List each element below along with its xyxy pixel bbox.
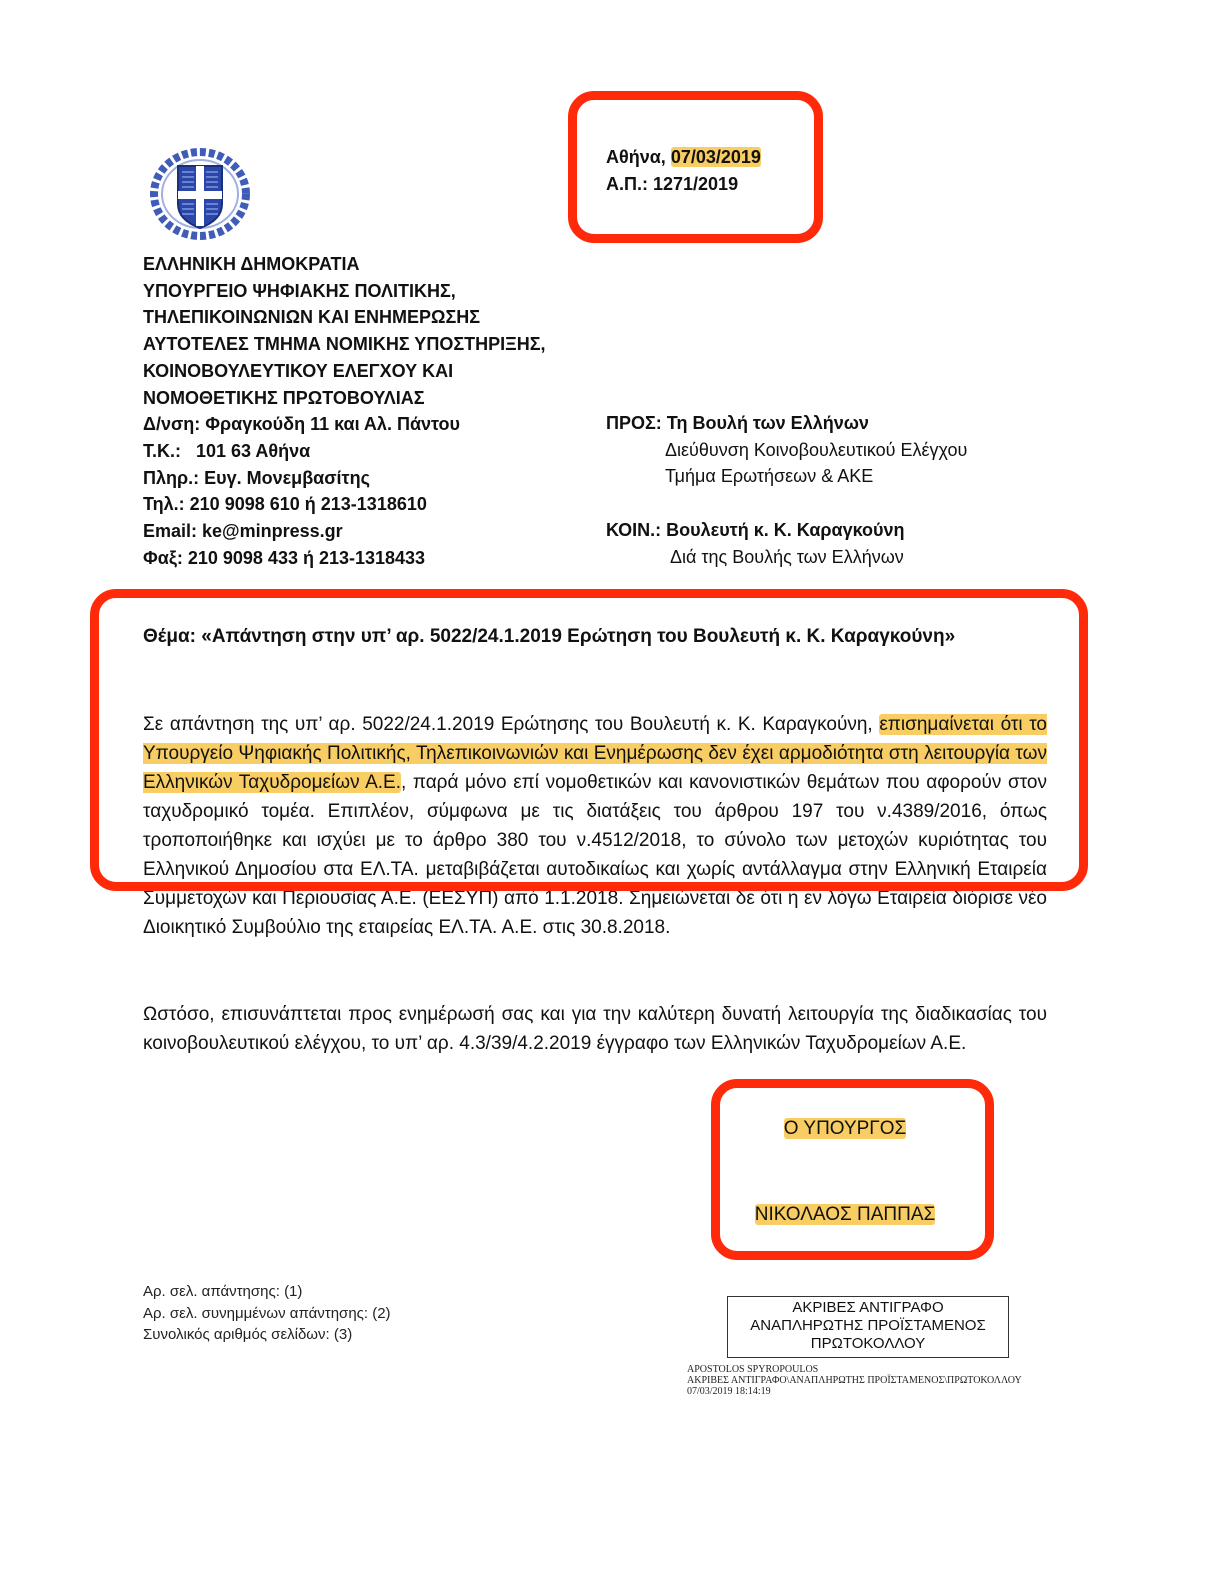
sender-fax: Φαξ: 210 9098 433 ή 213-1318433 [143,545,546,572]
sender-line: ΕΛΛΗΝΙΚΗ ΔΗΜΟΚΡΑΤΙΑ [143,251,546,278]
recipient-cc: ΚΟΙΝ.: Βουλευτή κ. Κ. Καραγκούνη [606,517,967,544]
document-date: 07/03/2019 [671,147,761,167]
digital-signature-meta: APOSTOLOS SPYROPOULOS ΑΚΡΙΒΕΣ ΑΝΤΙΓΡΑΦΟ\… [687,1364,1022,1397]
sender-postal-code: Τ.Κ.: 101 63 Αθήνα [143,438,546,465]
sender-line: ΑΥΤΟΤΕΛΕΣ ΤΜΗΜΑ ΝΟΜΙΚΗΣ ΥΠΟΣΤΗΡΙΞΗΣ, [143,331,546,358]
sender-contact-person: Πληρ.: Ευγ. Μονεμβασίτης [143,465,546,492]
recipient-to-line3: Τμήμα Ερωτήσεων & ΑΚΕ [606,463,967,490]
page-counts: Αρ. σελ. απάντησης: (1) Αρ. σελ. συνημμέ… [143,1281,391,1346]
recipient-to: ΠΡΟΣ: Τη Βουλή των Ελλήνων [606,410,967,437]
certified-copy-stamp: ΑΚΡΙΒΕΣ ΑΝΤΙΓΡΑΦΟ ΑΝΑΠΛΗΡΩΤΗΣ ΠΡΟΪΣΤΑΜΕΝ… [727,1296,1009,1358]
annotation-box-signature [711,1079,994,1260]
sender-email[interactable]: Email: ke@minpress.gr [143,518,546,545]
signature-title: Ο ΥΠΟΥΡΓΟΣ [712,1118,978,1140]
date-block: Αθήνα, 07/03/2019 Α.Π.: 1271/2019 [606,144,761,198]
signer-role: ΑΚΡΙΒΕΣ ΑΝΤΙΓΡΑΦΟ\ΑΝΑΠΛΗΡΩΤΗΣ ΠΡΟΪΣΤΑΜΕΝ… [687,1375,1022,1386]
recipients: ΠΡΟΣ: Τη Βουλή των Ελλήνων Διεύθυνση Κοι… [606,410,967,570]
signer-name: APOSTOLOS SPYROPOULOS [687,1364,1022,1375]
recipient-to-line2: Διεύθυνση Κοινοβουλευτικού Ελέγχου [606,437,967,464]
sender-phone: Τηλ.: 210 9098 610 ή 213-1318610 [143,491,546,518]
signature-name: ΝΙΚΟΛΑΟΣ ΠΑΠΠΑΣ [712,1204,978,1226]
sender-line: ΝΟΜΟΘΕΤΙΚΗΣ ΠΡΩΤΟΒΟΥΛΙΑΣ [143,385,546,412]
sender-address: Δ/νση: Φραγκούδη 11 και Αλ. Πάντου [143,411,546,438]
sender-line: ΥΠΟΥΡΓΕΙΟ ΨΗΦΙΑΚΗΣ ΠΟΛΙΤΙΚΗΣ, [143,278,546,305]
recipient-cc-line2: Διά της Βουλής των Ελλήνων [606,544,967,571]
sender-line: ΚΟΙΝΟΒΟΥΛΕΥΤΙΚΟΥ ΕΛΕΓΧΟΥ ΚΑΙ [143,358,546,385]
signed-timestamp: 07/03/2019 18:14:19 [687,1386,1022,1397]
annotation-box-body [90,589,1088,891]
date-line: Αθήνα, 07/03/2019 [606,144,761,171]
sender-header: ΕΛΛΗΝΙΚΗ ΔΗΜΟΚΡΑΤΙΑ ΥΠΟΥΡΓΕΙΟ ΨΗΦΙΑΚΗΣ Π… [143,251,546,571]
protocol-number: Α.Π.: 1271/2019 [606,171,761,198]
greek-coat-of-arms-icon [150,148,250,240]
total-pages: Συνολικός αριθμός σελίδων: (3) [143,1324,391,1346]
reply-pages: Αρ. σελ. απάντησης: (1) [143,1281,391,1303]
sender-line: ΤΗΛΕΠΙΚΟΙΝΩΝΙΩΝ ΚΑΙ ΕΝΗΜΕΡΩΣΗΣ [143,304,546,331]
attachment-pages: Αρ. σελ. συνημμένων απάντησης: (2) [143,1303,391,1325]
body-paragraph-2: Ωστόσο, επισυνάπτεται προς ενημέρωσή σας… [143,1000,1047,1058]
